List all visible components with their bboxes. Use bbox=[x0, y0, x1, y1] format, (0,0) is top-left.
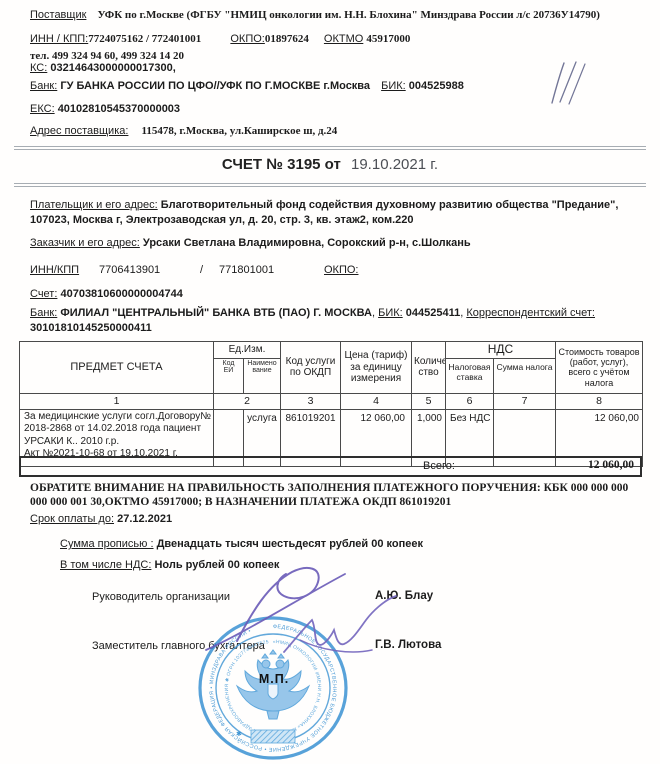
col-header-unit-name: Наимено вание bbox=[244, 358, 281, 393]
customer-label: Заказчик и его адрес: bbox=[30, 237, 140, 249]
supplier-bik-label: БИК: bbox=[381, 80, 406, 92]
supplier-oktmo: 45917000 bbox=[366, 33, 410, 45]
payer-bank: ФИЛИАЛ "ЦЕНТРАЛЬНЫЙ" БАНКА ВТБ (ПАО) Г. … bbox=[60, 307, 372, 319]
payer-corr: 30101810145250000411 bbox=[30, 322, 152, 334]
supplier-inn-kpp-label: ИНН / КПП: bbox=[30, 33, 88, 45]
supplier-ks: 03214643000000017300, bbox=[50, 62, 175, 74]
payer-line: Плательщик и его адрес: Благотворительны… bbox=[30, 198, 648, 228]
supplier-oktmo-label: ОКТМО bbox=[324, 33, 363, 45]
due-date-value: 27.12.2021 bbox=[117, 513, 172, 525]
amount-words-value: Двенадцать тысяч шестьдесят рублей 00 ко… bbox=[157, 538, 423, 550]
invoice-title-date: 19.10.2021 г. bbox=[351, 156, 438, 173]
supplier-bank-label: Банк: bbox=[30, 80, 57, 92]
col-header-vat-rate: Налоговая ставка bbox=[446, 358, 494, 393]
col-header-unit: Ед.Изм. bbox=[214, 342, 281, 359]
supplier-eks-label: ЕКС: bbox=[30, 103, 55, 115]
supplier-ks-line: КС: 03214643000000017300, bbox=[30, 62, 176, 74]
vat-words-label: В том числе НДС: bbox=[60, 559, 151, 571]
supplier-address: 115478, г.Москва, ул.Каширское ш, д.24 bbox=[141, 125, 337, 137]
supplier-phone: тел. 499 324 94 60, 499 324 14 20 bbox=[30, 50, 184, 62]
col-num: 5 bbox=[412, 393, 446, 409]
col-num: 2 bbox=[214, 393, 281, 409]
payer-account: 40703810600000004744 bbox=[60, 288, 182, 300]
supplier-label: Поставщик bbox=[30, 9, 86, 21]
invoice-title-main: СЧЕТ № 3195 от bbox=[222, 156, 341, 173]
divider-top bbox=[14, 146, 646, 150]
supplier-eks: 40102810545370000003 bbox=[58, 103, 180, 115]
col-header-vat-sum: Сумма налога bbox=[494, 358, 556, 393]
col-header-unit-code: Код ЕИ bbox=[214, 358, 244, 393]
pen-mark bbox=[552, 62, 585, 104]
col-num: 7 bbox=[494, 393, 556, 409]
supplier-inn-line: ИНН / КПП:7724075162 / 772401001 ОКПО:01… bbox=[30, 33, 410, 45]
supplier-bank-line: Банк: ГУ БАНКА РОССИИ ПО ЦФО//УФК ПО Г.М… bbox=[30, 80, 464, 92]
payer-kpp: 771801001 bbox=[219, 264, 274, 276]
col-num: 4 bbox=[341, 393, 412, 409]
payer-account-label: Счет: bbox=[30, 288, 57, 300]
payer-bik-label: БИК: bbox=[378, 307, 403, 319]
items-table: ПРЕДМЕТ СЧЕТА Ед.Изм. Код услуги по ОКДП… bbox=[19, 341, 643, 467]
supplier-line: Поставщик УФК по г.Москве (ФГБУ "НМИЦ он… bbox=[30, 9, 652, 21]
column-numbers-row: 1 2 3 4 5 6 7 8 bbox=[20, 393, 643, 409]
col-header-okdp: Код услуги по ОКДП bbox=[281, 342, 341, 394]
due-date-line: Срок оплаты до: 27.12.2021 bbox=[30, 513, 172, 525]
col-num: 8 bbox=[556, 393, 643, 409]
total-label: Всего: bbox=[423, 460, 455, 472]
supplier-okpo: 01897624 bbox=[265, 33, 309, 45]
supplier-okpo-label: ОКПО: bbox=[230, 33, 264, 45]
supplier-bank: ГУ БАНКА РОССИИ ПО ЦФО//УФК ПО Г.МОСКВЕ … bbox=[60, 80, 370, 92]
payment-notice: ОБРАТИТЕ ВНИМАНИЕ НА ПРАВИЛЬНОСТЬ ЗАПОЛН… bbox=[30, 481, 644, 510]
col-num: 1 bbox=[20, 393, 214, 409]
head-signature-name: А.Ю. Блау bbox=[375, 590, 433, 602]
supplier-address-line: Адрес поставщика: 115478, г.Москва, ул.К… bbox=[30, 125, 337, 137]
payer-label: Плательщик и его адрес: bbox=[30, 199, 158, 211]
total-row: Всего: 12 060,00 bbox=[19, 456, 642, 477]
payer-account-line: Счет: 40703810600000004744 bbox=[30, 288, 183, 300]
divider-below-title bbox=[14, 183, 646, 187]
payer-corr-label: Корреспондентский счет: bbox=[466, 307, 595, 319]
amount-words-line: Сумма прописью : Двенадцать тысяч шестьд… bbox=[60, 538, 423, 550]
due-date-label: Срок оплаты до: bbox=[30, 513, 114, 525]
col-header-total: Стоимость товаров (работ, услуг), всего … bbox=[556, 342, 643, 394]
col-num: 6 bbox=[446, 393, 494, 409]
supplier-inn-kpp: 7724075162 / 772401001 bbox=[88, 33, 201, 45]
customer-line: Заказчик и его адрес: Урсаки Светлана Вл… bbox=[30, 237, 471, 249]
col-header-subject: ПРЕДМЕТ СЧЕТА bbox=[20, 342, 214, 394]
col-header-qty: Количе ство bbox=[412, 342, 446, 394]
stamp-star: ✱ bbox=[236, 730, 242, 738]
stamp-code-box bbox=[251, 730, 295, 743]
supplier-name: УФК по г.Москве (ФГБУ "НМИЦ онкологии им… bbox=[97, 9, 599, 21]
payer-bank-label: Банк: bbox=[30, 307, 57, 319]
invoice-title: СЧЕТ № 3195 от 19.10.2021 г. bbox=[0, 156, 660, 173]
col-num: 3 bbox=[281, 393, 341, 409]
supplier-ks-label: КС: bbox=[30, 62, 47, 74]
vat-words-line: В том числе НДС: Ноль рублей 00 копеек bbox=[60, 559, 279, 571]
supplier-eks-line: ЕКС: 40102810545370000003 bbox=[30, 103, 180, 115]
payer-bik: 044525411 bbox=[406, 307, 460, 319]
payer-okpo-label: ОКПО: bbox=[324, 264, 358, 276]
vat-words-value: Ноль рублей 00 копеек bbox=[154, 559, 279, 571]
amount-words-label: Сумма прописью : bbox=[60, 538, 154, 550]
stamp-mp-text: М.П. bbox=[252, 672, 296, 686]
payer-bank-line: Банк: ФИЛИАЛ "ЦЕНТРАЛЬНЫЙ" БАНКА ВТБ (ПА… bbox=[30, 306, 648, 336]
total-value: 12 060,00 bbox=[588, 459, 634, 471]
supplier-address-label: Адрес поставщика: bbox=[30, 125, 128, 137]
payer-inn-slash: / bbox=[200, 264, 203, 276]
head-signature-label: Руководитель организации bbox=[92, 591, 230, 603]
stamp-graphic: ФЕДЕРАЛЬНОЕ ГОСУДАРСТВЕННОЕ БЮДЖЕТНОЕ УЧ… bbox=[196, 614, 350, 762]
supplier-bik: 004525988 bbox=[409, 80, 464, 92]
payer-inn: 7706413901 bbox=[99, 264, 160, 276]
col-header-vat: НДС bbox=[446, 342, 556, 359]
payer-inn-kpp-label: ИНН/КПП bbox=[30, 264, 79, 276]
col-header-price: Цена (тариф) за единицу измерения bbox=[341, 342, 412, 394]
customer-value: Урсаки Светлана Владимировна, Сорокский … bbox=[143, 237, 471, 249]
deputy-signature-name: Г.В. Лютова bbox=[375, 639, 441, 651]
invoice-document: Поставщик УФК по г.Москве (ФГБУ "НМИЦ он… bbox=[0, 0, 660, 764]
organization-stamp: ФЕДЕРАЛЬНОЕ ГОСУДАРСТВЕННОЕ БЮДЖЕТНОЕ УЧ… bbox=[196, 614, 350, 762]
